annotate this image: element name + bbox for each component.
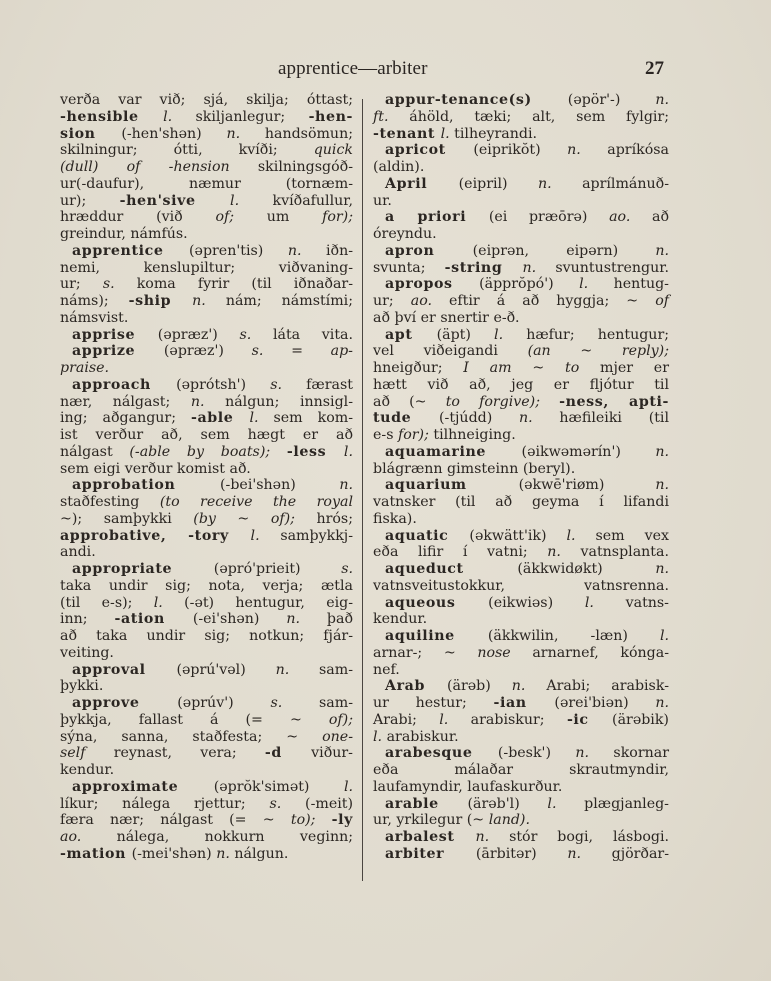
definition-text: mjer er bbox=[579, 360, 669, 376]
definition-text: eða lifir í vatni; bbox=[373, 544, 547, 560]
definition-text: náms); bbox=[60, 293, 129, 309]
definition-text: (əprŏk'simət) bbox=[214, 779, 344, 795]
italic-text: ~ to forgive); bbox=[415, 394, 540, 410]
definition-text: handsömun; bbox=[240, 126, 353, 142]
headword: -ness, apti- bbox=[559, 394, 669, 410]
headword: -tenant bbox=[373, 126, 441, 142]
italic-text: ao. bbox=[411, 293, 432, 309]
headword: aquamarine bbox=[385, 444, 522, 460]
italic-text: n. bbox=[655, 444, 669, 460]
definition-text: inn; bbox=[60, 611, 114, 627]
entry-text-line: self reynast, vera; -d viður- bbox=[60, 745, 353, 762]
italic-text: (-able by boats); bbox=[129, 444, 270, 460]
definition-text: ur, yrkilegur ( bbox=[373, 812, 472, 828]
italic-text: l. bbox=[251, 528, 260, 544]
headword: apprise bbox=[72, 327, 158, 343]
headword: April bbox=[385, 176, 459, 192]
headword: apron bbox=[385, 243, 473, 259]
headword: aquarium bbox=[385, 477, 519, 493]
definition-text: gjörðar- bbox=[581, 846, 669, 862]
entry-text-line: (til e-s); l. (-ət) hentugur, eig- bbox=[60, 595, 353, 612]
definition-text: (ärəbik) bbox=[612, 712, 669, 728]
definition-text: svuntustrengur. bbox=[536, 260, 669, 276]
entry-text-line: eða lifir í vatni; n. vatnsplanta. bbox=[373, 544, 669, 561]
italic-text: n. bbox=[476, 829, 490, 845]
italic-text: ap- bbox=[331, 343, 353, 359]
definition-text: samþykkj- bbox=[260, 528, 353, 544]
definition-text: (əpró'prieit) bbox=[214, 561, 341, 577]
italic-text: n. bbox=[655, 92, 669, 108]
definition-text: skilningsgóð- bbox=[258, 159, 353, 175]
headword: arable bbox=[385, 796, 468, 812]
entry-text-line: ft. áhöld, tæki; alt, sem fylgir; bbox=[373, 109, 669, 126]
entry-text-line: (dull) of -hension skilningsgóð- bbox=[60, 159, 353, 176]
italic-text: (by ~ of); bbox=[193, 511, 295, 527]
running-head-title: apprentice—arbiter bbox=[278, 58, 428, 80]
definition-text: nám; námstími; bbox=[206, 293, 353, 309]
definition-text: (əpren'tis) bbox=[189, 243, 288, 259]
entry-text-line: nær, nálgast; n. nálgun; innsigl- bbox=[60, 394, 353, 411]
italic-text: n. bbox=[192, 293, 206, 309]
entry-text-line: ur; ao. eftir á að hyggja; ~ of bbox=[373, 293, 669, 310]
italic-text: n. bbox=[655, 695, 669, 711]
definition-text: (əprú'vəl) bbox=[176, 662, 275, 678]
definition-text: (-hen'shən) bbox=[121, 126, 226, 142]
headword: arabesque bbox=[385, 745, 498, 761]
italic-text: l. bbox=[566, 528, 575, 544]
entry-text-line: vatnsker (til að geyma í lifandi bbox=[373, 494, 669, 511]
headword: approval bbox=[72, 662, 176, 678]
entry-text-line: greindur, námfús. bbox=[60, 226, 353, 243]
italic-text: n. bbox=[655, 243, 669, 259]
headword: approach bbox=[72, 377, 176, 393]
entry-headword-line: arabesque (-besk') n. skornar bbox=[373, 745, 669, 762]
definition-text: að taka undir sig; notkun; fjár- bbox=[60, 628, 353, 644]
entry-headword-line: approbation (-bei'shən) n. bbox=[60, 477, 353, 494]
italic-text: l. bbox=[344, 444, 353, 460]
definition-text: apríkósa bbox=[581, 142, 669, 158]
definition-text: það bbox=[300, 611, 353, 627]
headword: -d bbox=[265, 745, 311, 761]
entry-text-line: l. arabiskur. bbox=[373, 729, 669, 746]
definition-text: (ei præōrə) bbox=[489, 209, 609, 225]
definition-text: laufamyndir, laufaskurður. bbox=[373, 779, 562, 795]
definition-text: eða málaðar skrautmyndir, bbox=[373, 762, 669, 778]
italic-text: n. bbox=[339, 477, 353, 493]
entry-headword-line: approve (əprúv') s. sam- bbox=[60, 695, 353, 712]
entry-text-line: ao. nálega, nokkurn veginn; bbox=[60, 829, 353, 846]
italic-text: n. bbox=[288, 243, 302, 259]
definition-text: skilningur; ótti, kvíði; bbox=[60, 142, 314, 158]
entry-text-line: að (~ to forgive); -ness, apti- bbox=[373, 394, 669, 411]
definition-text: (ärəb) bbox=[447, 678, 512, 694]
entry-headword-line: arbalest n. stór bogi, lásbogi. bbox=[373, 829, 669, 846]
italic-text: n. bbox=[226, 126, 240, 142]
headword: arbiter bbox=[385, 846, 476, 862]
entry-headword-line: April (eipril) n. aprílmánuð- bbox=[373, 176, 669, 193]
italic-text: (to receive the royal bbox=[160, 494, 353, 510]
definition-text: tilheyrandi. bbox=[450, 126, 537, 142]
entry-text-line: praise. bbox=[60, 360, 353, 377]
headword: apprentice bbox=[72, 243, 189, 259]
entry-headword-line: appropriate (əpró'prieit) s. bbox=[60, 561, 353, 578]
definition-text: (eiprikŏt) bbox=[473, 142, 567, 158]
entry-text-line: inn; -ation (-ei'shən) n. það bbox=[60, 611, 353, 628]
definition-text: (əpræz') bbox=[158, 327, 240, 343]
definition-text: kvíðafullur, bbox=[239, 193, 353, 209]
entry-headword-line: arbiter (ārbitər) n. gjörðar- bbox=[373, 846, 669, 863]
italic-text: l. bbox=[154, 595, 163, 611]
definition-text: (aldin). bbox=[373, 159, 424, 175]
definition-text: aprílmánuð- bbox=[552, 176, 669, 192]
definition-text: (-mei'shən) bbox=[132, 846, 217, 862]
entry-text-line: -hensible l. skiljanlegur; -hen- bbox=[60, 109, 353, 126]
entry-text-line: taka undir sig; nota, verja; ætla bbox=[60, 578, 353, 595]
italic-text: l. bbox=[441, 126, 450, 142]
italic-text: quick bbox=[314, 142, 353, 158]
headword: aquiline bbox=[385, 628, 488, 644]
headword: -hen'sive bbox=[120, 193, 230, 209]
entry-text-line: að því er snertir e-ð. bbox=[373, 310, 669, 327]
entry-text-line: laufamyndir, laufaskurður. bbox=[373, 779, 669, 796]
italic-text: ~ nose bbox=[444, 645, 511, 661]
entry-headword-line: aquamarine (əikwəmərín') n. bbox=[373, 444, 669, 461]
definition-text: (eipril) bbox=[459, 176, 538, 192]
definition-text: um bbox=[234, 209, 322, 225]
definition-text: arabiskur; bbox=[448, 712, 567, 728]
entry-text-line: arnar-; ~ nose arnarnef, kónga- bbox=[373, 645, 669, 662]
definition-text: verða var við; sjá, skilja; óttast; bbox=[60, 92, 353, 108]
italic-text: n. bbox=[276, 662, 290, 678]
definition-text: svunta; bbox=[373, 260, 445, 276]
definition-text: (əikwəmərín') bbox=[522, 444, 656, 460]
definition-text: kendur. bbox=[60, 762, 114, 778]
italic-text: s. bbox=[270, 695, 282, 711]
definition-text: Arabi; arabisk- bbox=[525, 678, 669, 694]
italic-text: ao. bbox=[60, 829, 81, 845]
entry-headword-line: apropos (äpprŏpó') l. hentug- bbox=[373, 276, 669, 293]
entry-headword-line: apron (eiprən, eipərn) n. bbox=[373, 243, 669, 260]
entry-headword-line: aquiline (äkkwilin, -læn) l. bbox=[373, 628, 669, 645]
italic-text: n. bbox=[567, 846, 581, 862]
definition-text: (eikwiəs) bbox=[488, 595, 585, 611]
italic-text: n. bbox=[538, 176, 552, 192]
entry-text-line: andi. bbox=[60, 544, 353, 561]
definition-text: kendur. bbox=[373, 611, 427, 627]
definition-text: þykkja, fallast á (= bbox=[60, 712, 290, 728]
entry-text-line: óreyndu. bbox=[373, 226, 669, 243]
definition-text: arnarnef, kónga- bbox=[511, 645, 669, 661]
definition-text: (-tjúdd) bbox=[439, 410, 519, 426]
definition-text: ur); bbox=[60, 193, 120, 209]
entry-headword-line: apprise (əpræz') s. láta vita. bbox=[60, 327, 353, 344]
entry-text-line: kendur. bbox=[60, 762, 353, 779]
entry-text-line: nálgast (-able by boats); -less l. bbox=[60, 444, 353, 461]
definition-text: þykki. bbox=[60, 678, 103, 694]
definition-text: eftir á að hyggja; bbox=[432, 293, 626, 309]
entry-text-line: hneigður; I am ~ to mjer er bbox=[373, 360, 669, 377]
entry-text-line: Arabi; l. arabiskur; -ic (ärəbik) bbox=[373, 712, 669, 729]
definition-text: reynast, vera; bbox=[85, 745, 264, 761]
headword: approbation bbox=[72, 477, 220, 493]
italic-text: (dull) of -hension bbox=[60, 159, 258, 175]
entry-headword-line: appur-tenance(s) (əpör'-) n. bbox=[373, 92, 669, 109]
definition-text: að bbox=[630, 209, 669, 225]
headword: -ship bbox=[129, 293, 193, 309]
italic-text: s. bbox=[103, 276, 115, 292]
italic-text: l. bbox=[494, 327, 503, 343]
definition-text: ur; bbox=[373, 293, 411, 309]
definition-text: (-bei'shən) bbox=[220, 477, 339, 493]
definition-text: e-s bbox=[373, 427, 398, 443]
italic-text: ~ one- bbox=[286, 729, 353, 745]
headword: apt bbox=[385, 327, 437, 343]
definition-text: sem vex bbox=[576, 528, 669, 544]
definition-text: fiska). bbox=[373, 511, 417, 527]
italic-text: l. bbox=[660, 628, 669, 644]
definition-text: ing; aðgangur; bbox=[60, 410, 191, 426]
italic-text: n. bbox=[655, 477, 669, 493]
entry-text-line: kendur. bbox=[373, 611, 669, 628]
headword: -ly bbox=[332, 812, 353, 828]
entry-headword-line: arable (ärəb'l) l. plægjanleg- bbox=[373, 796, 669, 813]
italic-text: l. bbox=[249, 410, 258, 426]
entry-text-line: þykkja, fallast á (= ~ of); bbox=[60, 712, 353, 729]
definition-text: vel viðeigandi bbox=[373, 343, 528, 359]
definition-text: stór bogi, lásbogi. bbox=[489, 829, 669, 845]
definition-text: sam- bbox=[282, 695, 353, 711]
headword: apprize bbox=[72, 343, 164, 359]
entry-headword-line: Arab (ärəb) n. Arabi; arabisk- bbox=[373, 678, 669, 695]
headword: a priori bbox=[385, 209, 489, 225]
italic-text: n. bbox=[512, 678, 526, 694]
headword: -mation bbox=[60, 846, 132, 862]
headword: apricot bbox=[385, 142, 473, 158]
italic-text: n. bbox=[655, 561, 669, 577]
definition-text: (-ei'shən) bbox=[193, 611, 287, 627]
italic-text: for); bbox=[398, 427, 429, 443]
entry-text-line: approbative, -tory l. samþykkj- bbox=[60, 528, 353, 545]
definition-text: sam- bbox=[289, 662, 353, 678]
entry-text-line: vatnsveitustokkur, vatnsrenna. bbox=[373, 578, 669, 595]
definition-text: greindur, námfús. bbox=[60, 226, 188, 242]
definition-text: nálgast bbox=[60, 444, 129, 460]
definition-text bbox=[315, 812, 331, 828]
definition-text: (ärəb'l) bbox=[468, 796, 548, 812]
entry-headword-line: approach (əprótsh') s. færast bbox=[60, 377, 353, 394]
italic-text: n. bbox=[216, 846, 230, 862]
entry-headword-line: a priori (ei præōrə) ao. að bbox=[373, 209, 669, 226]
entry-text-line: -mation (-mei'shən) n. nálgun. bbox=[60, 846, 353, 863]
italic-text: praise. bbox=[60, 360, 109, 376]
entry-headword-line: aquarium (əkwē'riøm) n. bbox=[373, 477, 669, 494]
italic-text: s. bbox=[341, 561, 353, 577]
headword: approve bbox=[72, 695, 177, 711]
entry-text-line: ist verður að, sem hægt er að bbox=[60, 427, 353, 444]
right-column: appur-tenance(s) (əpör'-) n.ft. áhöld, t… bbox=[373, 92, 669, 863]
definition-text: vatns- bbox=[594, 595, 669, 611]
definition-text: færast bbox=[282, 377, 353, 393]
definition-text: ur(-daufur), næmur (tornæm- bbox=[60, 176, 353, 192]
entry-text-line: vel viðeigandi (an ~ reply); bbox=[373, 343, 669, 360]
definition-text: nálgun. bbox=[230, 846, 289, 862]
entry-text-line: svunta; -string n. svuntustrengur. bbox=[373, 260, 669, 277]
entry-text-line: færa nær; nálgast (= ~ to); -ly bbox=[60, 812, 353, 829]
definition-text: Arabi; bbox=[373, 712, 439, 728]
headword: -less bbox=[287, 444, 344, 460]
definition-text: hentug- bbox=[588, 276, 669, 292]
italic-text: n. bbox=[523, 260, 537, 276]
entry-text-line: líkur; nálega rjettur; s. (-meit) bbox=[60, 796, 353, 813]
headword: -able bbox=[191, 410, 249, 426]
italic-text: (an ~ reply); bbox=[528, 343, 669, 359]
italic-text: s. bbox=[269, 796, 281, 812]
headword: appropriate bbox=[72, 561, 214, 577]
entry-text-line: e-s for); tilhneiging. bbox=[373, 427, 669, 444]
italic-text: s. bbox=[270, 377, 282, 393]
definition-text: skornar bbox=[589, 745, 669, 761]
definition-text: andi. bbox=[60, 544, 96, 560]
definition-text: óreyndu. bbox=[373, 226, 437, 242]
definition-text: sem kom- bbox=[259, 410, 354, 426]
definition-text: (äkkwidøkt) bbox=[517, 561, 655, 577]
definition-text: ur hestur; bbox=[373, 695, 494, 711]
headword: aquatic bbox=[385, 528, 469, 544]
italic-text: n. bbox=[567, 142, 581, 158]
entry-text-line: ~); samþykki (by ~ of); hrós; bbox=[60, 511, 353, 528]
definition-text: (äkkwilin, -læn) bbox=[488, 628, 660, 644]
definition-text: plægjanleg- bbox=[556, 796, 669, 812]
italic-text: l. bbox=[373, 729, 382, 745]
definition-text: vatnsker (til að geyma í lifandi bbox=[373, 494, 669, 510]
definition-text: (əpræz') bbox=[164, 343, 252, 359]
entry-text-line: sýna, sanna, staðfesta; ~ one- bbox=[60, 729, 353, 746]
entry-text-line: blágrænn gimsteinn (beryl). bbox=[373, 461, 669, 478]
headword: -ian bbox=[494, 695, 555, 711]
definition-text: veiting. bbox=[60, 645, 114, 661]
definition-text: að því er snertir e-ð. bbox=[373, 310, 519, 326]
headword: approbative, -tory bbox=[60, 528, 251, 544]
headword: -ic bbox=[567, 712, 612, 728]
headword: arbalest bbox=[385, 829, 476, 845]
headword: appur-tenance(s) bbox=[385, 92, 568, 108]
entry-text-line: nef. bbox=[373, 662, 669, 679]
definition-text: (əkwē'riøm) bbox=[519, 477, 656, 493]
entry-text-line: eða málaðar skrautmyndir, bbox=[373, 762, 669, 779]
definition-text: líkur; nálega rjettur; bbox=[60, 796, 269, 812]
entry-text-line: staðfesting (to receive the royal bbox=[60, 494, 353, 511]
entry-headword-line: aqueduct (äkkwidøkt) n. bbox=[373, 561, 669, 578]
definition-text: nær, nálgast; bbox=[60, 394, 191, 410]
italic-text: self bbox=[60, 745, 85, 761]
headword: tude bbox=[373, 410, 439, 426]
definition-text: ur. bbox=[373, 193, 392, 209]
entry-text-line: -tenant l. tilheyrandi. bbox=[373, 126, 669, 143]
entry-headword-line: apprize (əpræz') s. = ap- bbox=[60, 343, 353, 360]
definition-text: ur; bbox=[60, 276, 103, 292]
entry-headword-line: aquatic (əkwätt'ik) l. sem vex bbox=[373, 528, 669, 545]
headword: aqueous bbox=[385, 595, 488, 611]
definition-text: láta vita. bbox=[251, 327, 353, 343]
definition-text: vatnsplanta. bbox=[561, 544, 669, 560]
definition-text: vatnsveitustokkur, vatnsrenna. bbox=[373, 578, 669, 594]
headword: apropos bbox=[385, 276, 479, 292]
italic-text: n. bbox=[191, 394, 205, 410]
headword: -hensible bbox=[60, 109, 163, 125]
definition-text: nemi, kenslupiltur; viðvaning- bbox=[60, 260, 353, 276]
headword: approximate bbox=[72, 779, 214, 795]
entry-text-line: ur, yrkilegur (~ land). bbox=[373, 812, 669, 829]
italic-text: ~ to); bbox=[263, 812, 316, 828]
definition-text: nef. bbox=[373, 662, 400, 678]
entry-text-line: námsvist. bbox=[60, 310, 353, 327]
definition-text: að ( bbox=[373, 394, 415, 410]
entry-text-line: þykki. bbox=[60, 678, 353, 695]
headword: Arab bbox=[385, 678, 447, 694]
italic-text: l. bbox=[585, 595, 594, 611]
definition-text: hæfileiki (til bbox=[533, 410, 669, 426]
definition-text: = bbox=[263, 343, 330, 359]
entry-headword-line: apt (äpt) l. hæfur; hentugur; bbox=[373, 327, 669, 344]
definition-text: (əprúv') bbox=[177, 695, 270, 711]
entry-text-line: fiska). bbox=[373, 511, 669, 528]
entry-text-line: veiting. bbox=[60, 645, 353, 662]
definition-text bbox=[540, 394, 559, 410]
definition-text: samþykki bbox=[104, 511, 194, 527]
italic-text: I am ~ to bbox=[463, 360, 579, 376]
definition-text: (til e-s); bbox=[60, 595, 154, 611]
italic-text: l. bbox=[579, 276, 588, 292]
headword: -hen- bbox=[309, 109, 353, 125]
definition-text: iðn- bbox=[301, 243, 353, 259]
definition-text: nálega, nokkurn veginn; bbox=[81, 829, 353, 845]
definition-text: ~); bbox=[60, 511, 104, 527]
italic-text: s. bbox=[252, 343, 264, 359]
definition-text: (eiprən, eipərn) bbox=[473, 243, 656, 259]
italic-text: l. bbox=[439, 712, 448, 728]
definition-text: sýna, sanna, staðfesta; bbox=[60, 729, 286, 745]
definition-text: (äpt) bbox=[437, 327, 494, 343]
italic-text: ~ of); bbox=[290, 712, 353, 728]
left-column: verða var við; sjá, skilja; óttast;-hens… bbox=[60, 92, 353, 863]
italic-text: n. bbox=[547, 544, 561, 560]
italic-text: l. bbox=[230, 193, 239, 209]
headword: aqueduct bbox=[385, 561, 517, 577]
definition-text: arnar-; bbox=[373, 645, 444, 661]
italic-text: l. bbox=[344, 779, 353, 795]
column-divider bbox=[362, 99, 363, 881]
definition-text: ist verður að, sem hægt er að bbox=[60, 427, 353, 443]
definition-text: hæfur; hentugur; bbox=[503, 327, 669, 343]
italic-text: l. bbox=[163, 109, 172, 125]
definition-text: (əpör'-) bbox=[568, 92, 656, 108]
definition-text: (ārbitər) bbox=[476, 846, 567, 862]
entry-text-line: ur. bbox=[373, 193, 669, 210]
definition-text: nálgun; innsigl- bbox=[204, 394, 353, 410]
headword: -string bbox=[445, 260, 523, 276]
dictionary-page: apprentice—arbiter 27 verða var við; sjá… bbox=[0, 0, 771, 981]
italic-text: ft. bbox=[373, 109, 388, 125]
entry-text-line: ur); -hen'sive l. kvíðafullur, bbox=[60, 193, 353, 210]
entry-headword-line: apprentice (əpren'tis) n. iðn- bbox=[60, 243, 353, 260]
entry-text-line: verða var við; sjá, skilja; óttast; bbox=[60, 92, 353, 109]
page-number: 27 bbox=[645, 58, 664, 80]
definition-text: áhöld, tæki; alt, sem fylgir; bbox=[388, 109, 669, 125]
definition-text: námsvist. bbox=[60, 310, 128, 326]
italic-text: n. bbox=[575, 745, 589, 761]
running-head: apprentice—arbiter 27 bbox=[0, 58, 771, 82]
definition-text: viður- bbox=[311, 745, 353, 761]
